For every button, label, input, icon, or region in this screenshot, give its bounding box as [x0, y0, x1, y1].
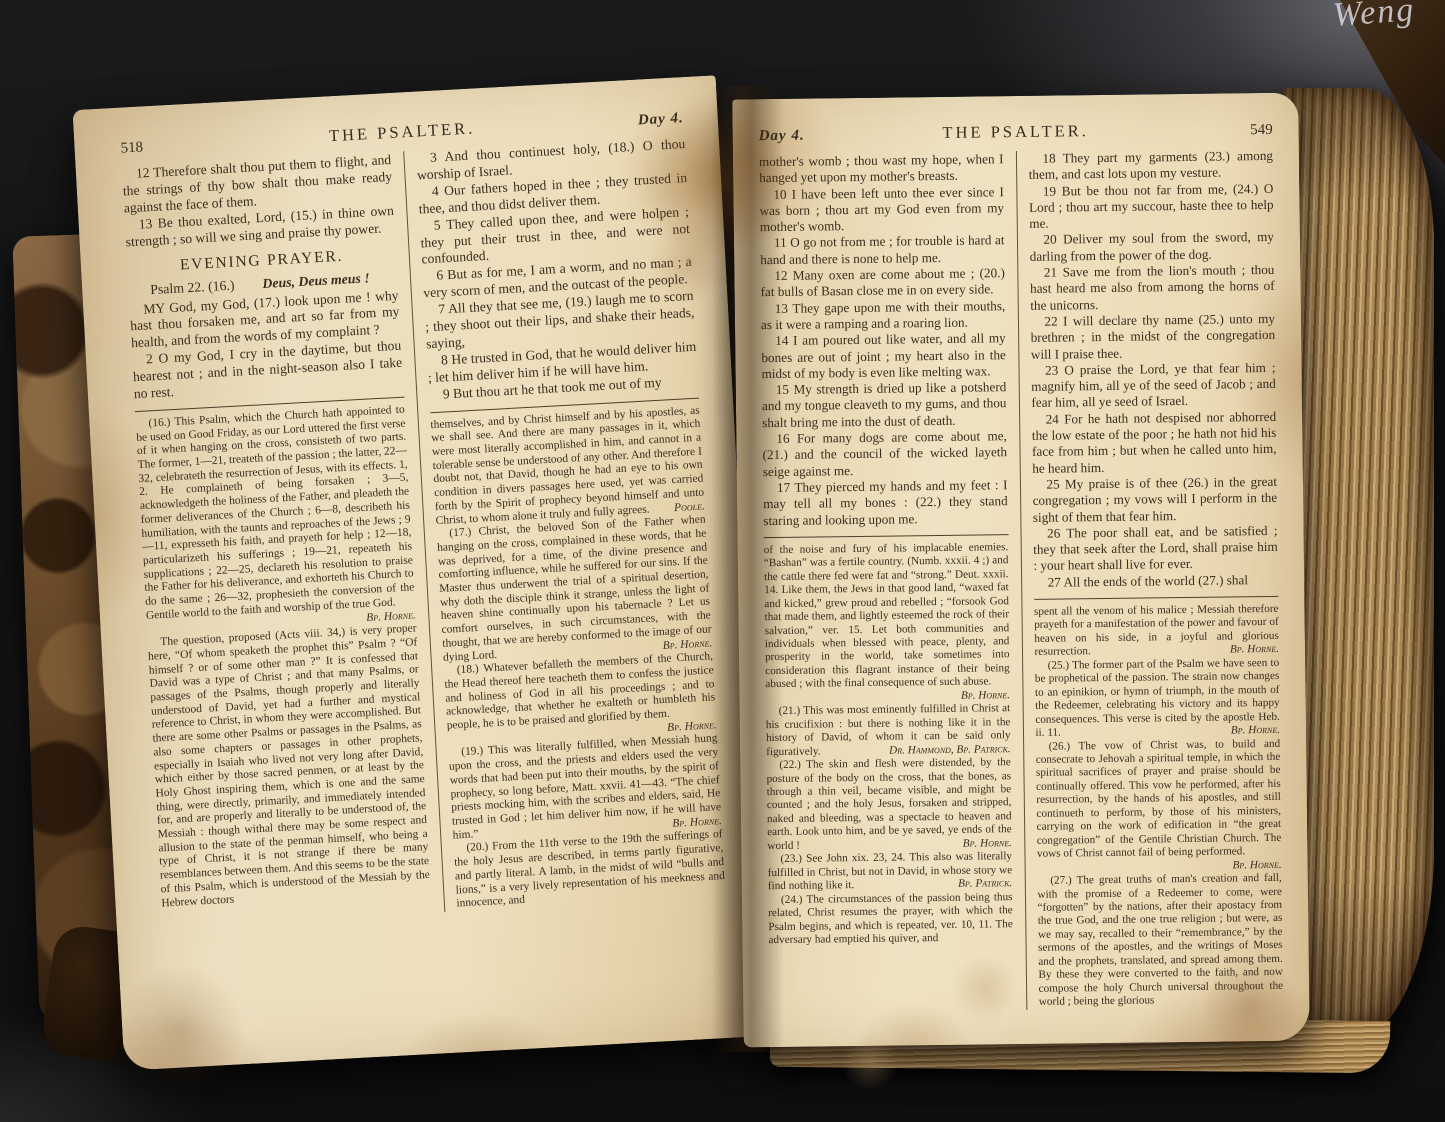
verse-paragraph: 12 Many oxen are come about me ; (20.) f… [760, 265, 1005, 301]
note-paragraph: (24.) The circumstances of the passion b… [768, 891, 1013, 948]
verse-paragraph: 14 I am poured out like water, and all m… [761, 330, 1006, 382]
verse-paragraph: 11 O go not from me ; for trouble is har… [760, 233, 1005, 269]
note-paragraph: (25.) The former part of the Psalm we ha… [1035, 657, 1280, 741]
note-paragraph: (21.) This was most eminently fulfilled … [766, 702, 1011, 759]
section-rule [1034, 596, 1278, 600]
verse-paragraph: 27 All the ends of the world (27.) shal [1034, 572, 1279, 591]
note-paragraph: (27.) The great truths of man's creation… [1037, 872, 1283, 1010]
right-page-column-1: mother's womb ; thou wast my hope, when … [759, 151, 1026, 1013]
verse-paragraph: 18 They part my garments (23.) among the… [1028, 148, 1273, 184]
attribution: Bp. Horne. [936, 837, 1012, 851]
section-rule [764, 534, 1008, 538]
attribution: Bp. Horne. [1216, 643, 1279, 657]
verse-paragraph: 23 O praise the Lord, ye that fear him ;… [1031, 360, 1276, 412]
left-page-column-2: 3 And thou continuest holy, (18.) O thou… [403, 136, 726, 912]
note-paragraph: (17.) Christ, the beloved Son of the Fat… [436, 514, 713, 665]
page-number: 518 [120, 136, 213, 158]
verse-paragraph: 13 They gape upon me with their mouths, … [761, 298, 1006, 334]
note-paragraph: of the noise and fury of his implacable … [764, 541, 1010, 705]
note-paragraph: (16.) This Psalm, which the Church hath … [135, 404, 416, 638]
book-photograph: Weng 518 THE PSALTER. Day 4. 12 Therefor… [0, 0, 1445, 1122]
right-page: Day 4. THE PSALTER. 549 mother's womb ; … [732, 93, 1310, 1048]
verse-paragraph: 21 Save me from the lion's mouth ; thou … [1030, 262, 1275, 314]
note-paragraph: (19.) This was literally fulfilled, when… [448, 733, 722, 843]
day-label: Day 4. [759, 127, 851, 145]
left-page-columns: 12 Therefore shalt thou put them to flig… [122, 136, 726, 927]
attribution: Bp. Horne. [947, 689, 1010, 703]
note-paragraph: (20.) From the 11th verse to the 19th th… [453, 828, 726, 911]
watermark-text: Weng [1331, 0, 1416, 35]
verse-paragraph: 22 I will declare thy name (25.) unto my… [1030, 311, 1275, 363]
verse-paragraph: 25 My praise is of thee (26.) in the gre… [1032, 474, 1277, 526]
right-page-header: Day 4. THE PSALTER. 549 [759, 119, 1273, 145]
attribution: Bp. Horne. [1204, 724, 1280, 738]
attribution: Bp. Horne. [1205, 858, 1281, 872]
note-paragraph: (18.) Whatever befalleth the members of … [444, 651, 718, 748]
verse-paragraph: mother's womb ; thou wast my hope, when … [759, 151, 1004, 187]
note-paragraph: spent all the venom of his malice ; Mess… [1034, 603, 1279, 660]
right-page-column-2: 18 They part my garments (23.) among the… [1015, 148, 1283, 1010]
left-page-column-1: 12 Therefore shalt thou put them to flig… [122, 151, 444, 927]
day-label: Day 4. [591, 110, 684, 132]
verse-paragraph: 15 My strength is dried up like a potshe… [762, 379, 1007, 431]
verse-paragraph: 17 They pierced my hands and my feet : I… [763, 477, 1008, 529]
note-paragraph: themselves, and by Christ himself and by… [430, 404, 705, 528]
running-head: THE PSALTER. [851, 120, 1181, 144]
verse-paragraph: 24 For he hath not despised nor abhorred… [1032, 409, 1277, 477]
right-page-columns: mother's womb ; thou wast my hope, when … [759, 148, 1283, 1013]
verse-paragraph: 16 For many dogs are come about me, (21.… [762, 428, 1007, 480]
note-paragraph: (22.) The skin and flesh were distended,… [766, 756, 1012, 853]
verse-paragraph: 20 Deliver my soul from the sword, my da… [1029, 229, 1274, 265]
verse-paragraph: 10 I have been left unto thee ever since… [759, 184, 1004, 236]
attribution: Bp. Patrick. [931, 877, 1012, 891]
page-number: 549 [1181, 122, 1273, 140]
note-paragraph: The question, proposed (Acts viii. 34,) … [147, 622, 431, 910]
attribution: Deus, Deus meus ! [234, 270, 370, 292]
left-page: 518 THE PSALTER. Day 4. 12 Therefore sha… [72, 75, 767, 1070]
verse-paragraph: 26 The poor shall eat, and be satisfied … [1033, 523, 1278, 575]
note-paragraph: (23.) See John xix. 23, 24. This also wa… [767, 850, 1012, 893]
verse-paragraph: 19 But be thou not far from me, (24.) O … [1029, 180, 1274, 232]
note-paragraph: (26.) The vow of Christ was, to build an… [1036, 737, 1282, 875]
